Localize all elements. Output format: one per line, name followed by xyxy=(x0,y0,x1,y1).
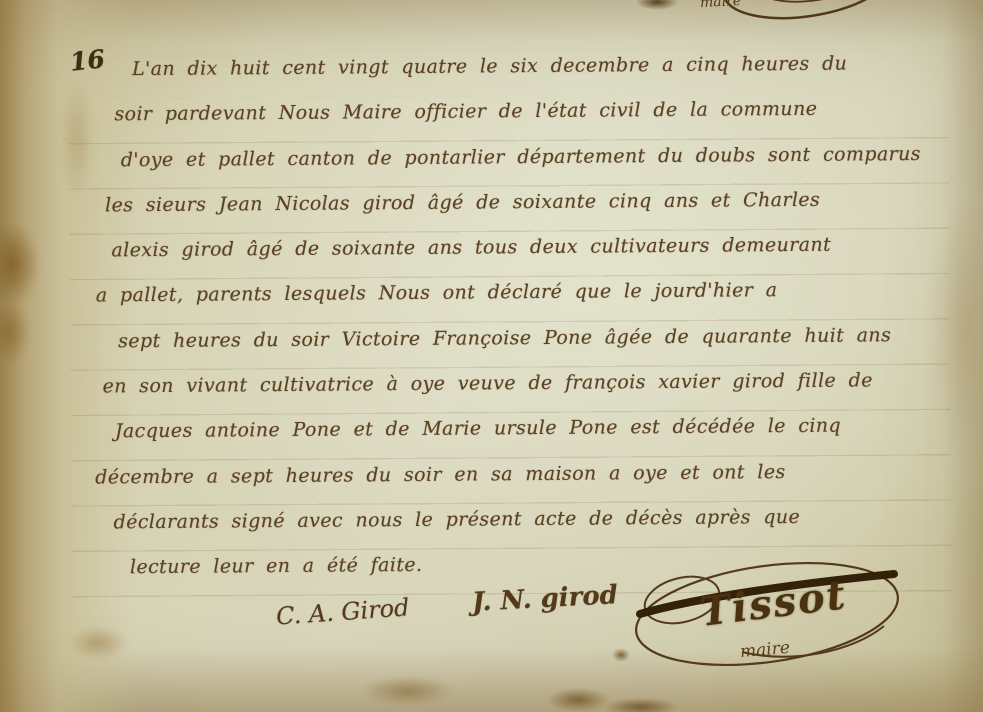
signature-ca-girod: C. A. Girod xyxy=(275,593,410,630)
paper-stain xyxy=(546,688,610,712)
manuscript-line: en son vivant cultivatrice à oye veuve d… xyxy=(102,358,976,410)
paper-stain xyxy=(0,300,30,364)
manuscript-line: sept heures du soir Victoire Françoise P… xyxy=(118,312,976,364)
paper-stain xyxy=(60,80,94,200)
manuscript-line: déclarants signé avec nous le présent ac… xyxy=(113,494,977,546)
manuscript-line: décembre a sept heures du soir en sa mai… xyxy=(95,448,977,500)
paper-stain xyxy=(636,0,678,10)
paper-stain xyxy=(68,626,128,660)
manuscript-line: L'an dix huit cent vingt quatre le six d… xyxy=(132,41,974,93)
manuscript-line: a pallet, parents lesquels Nous ont décl… xyxy=(96,267,976,319)
entry-text: L'an dix huit cent vingt quatre le six d… xyxy=(94,41,978,591)
manuscript-line: d'oye et pallet canton de pontarlier dép… xyxy=(121,131,975,183)
manuscript-line: alexis girod âgé de soixante ans tous de… xyxy=(111,222,975,274)
manuscript-line: Jacques antoine Pone et de Marie ursule … xyxy=(115,403,977,455)
manuscript-page: maire 16 L'an dix huit cent vingt quatre… xyxy=(0,0,983,712)
paper-stain xyxy=(362,676,454,706)
paper-stain xyxy=(0,222,40,306)
paper-stain xyxy=(604,698,678,712)
manuscript-line: les sieurs Jean Nicolas girod âgé de soi… xyxy=(105,176,975,228)
signature-mayor: Tissot maire xyxy=(622,552,902,672)
signature-jn-girod: J. N. girod xyxy=(471,580,618,618)
manuscript-line: soir pardevant Nous Maire officier de l'… xyxy=(114,86,974,138)
